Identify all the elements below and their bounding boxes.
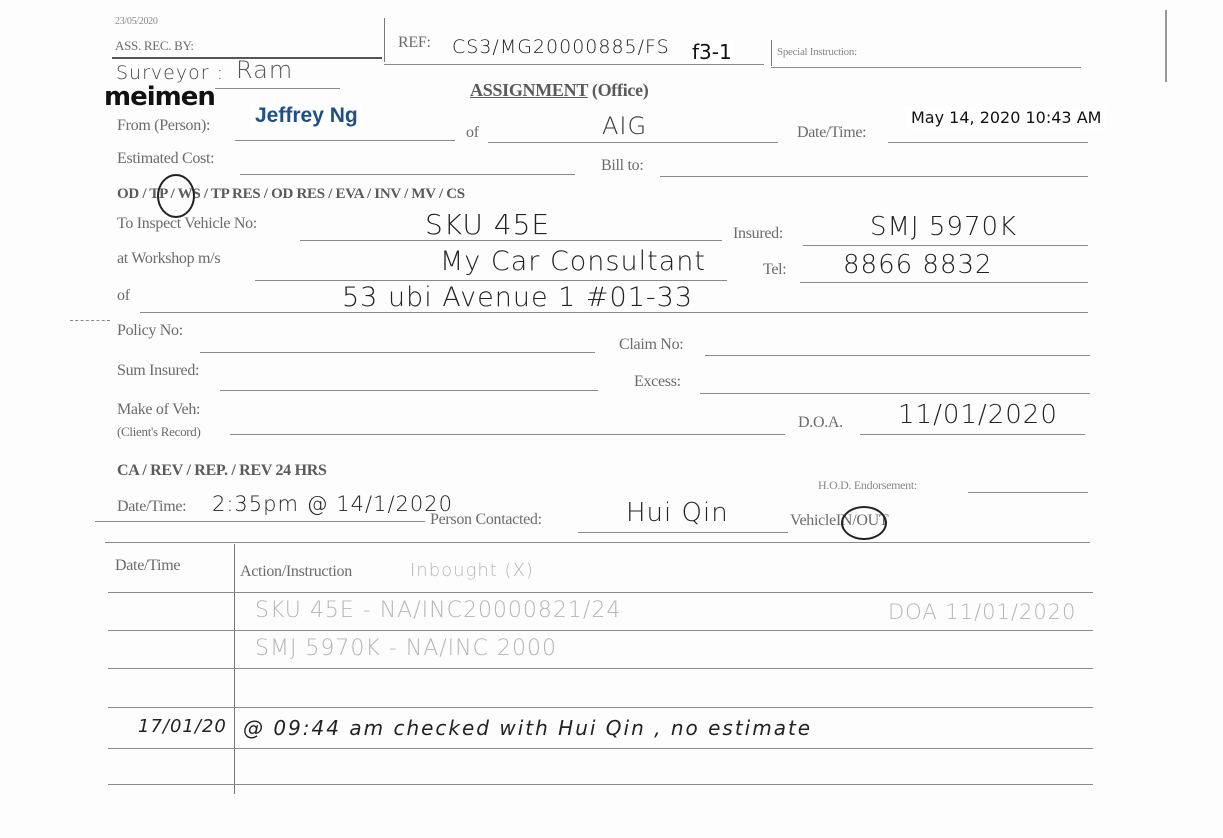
- workshop-label: at Workshop m/s: [117, 250, 220, 268]
- excess-label: Excess:: [634, 373, 681, 391]
- clients-record-label: (Client's Record): [117, 424, 201, 440]
- assignment-title-suffix: (Office): [592, 80, 649, 100]
- contact-date-time-value: 2:35pm @ 14/1/2020: [212, 492, 453, 516]
- ref-tag-overlay: f3-1: [690, 40, 734, 64]
- log-row-1-action: SKU 45E - NA/INC20000821/24: [255, 598, 621, 623]
- ca-rev-label: CA / REV / REP. / REV 24 HRS: [117, 462, 327, 480]
- tel-value: 8866 8832: [843, 250, 993, 280]
- person-contacted-value: Hui Qin: [626, 498, 729, 528]
- ass-rec-by-label: ASS. REC. BY:: [115, 38, 194, 54]
- bill-to-label: Bill to:: [601, 157, 644, 175]
- of-label: of: [466, 124, 479, 142]
- handwritten-name: meimen: [104, 82, 215, 112]
- doa-label: D.O.A.: [798, 414, 843, 432]
- form-title: ASSIGNMENT (Office): [470, 80, 648, 101]
- hod-endorsement-label: H.O.D. Endorsement:: [818, 478, 917, 493]
- assignment-title: ASSIGNMENT: [470, 80, 588, 100]
- estimated-cost-label: Estimated Cost:: [117, 150, 214, 168]
- log-row-4-date: 17/01/20: [138, 716, 227, 737]
- log-header-note: Inbought (X): [410, 560, 534, 581]
- sum-insured-label: Sum Insured:: [117, 362, 199, 380]
- person-contacted-label: Person Contacted:: [430, 511, 542, 529]
- inspect-vehicle-label: To Inspect Vehicle No:: [117, 215, 257, 233]
- workshop-value: My Car Consultant: [440, 246, 706, 277]
- ref-value: CS3/MG20000885/FS: [452, 36, 670, 58]
- inspect-vehicle-value: SKU 45E: [425, 208, 550, 241]
- date-time-label: Date/Time:: [797, 124, 866, 142]
- type-selected-circle: [157, 174, 195, 218]
- log-row-2-action: SMJ 5970K - NA/INC 2000: [255, 636, 557, 661]
- surveyor-label: Surveyor :: [116, 62, 224, 84]
- from-person-label: From (Person):: [117, 117, 210, 135]
- doa-value: 11/01/2020: [898, 400, 1058, 430]
- policy-no-label: Policy No:: [117, 322, 183, 340]
- address-label: of: [117, 287, 130, 305]
- make-of-veh-label: Make of Veh:: [117, 401, 200, 419]
- log-header-date: Date/Time: [115, 557, 180, 575]
- vehicle-label: Vehicle: [790, 512, 836, 529]
- address-value: 53 ubi Avenue 1 #01-33: [342, 282, 693, 313]
- log-header-action: Action/Instruction: [240, 563, 352, 581]
- insured-label: Insured:: [733, 225, 783, 243]
- log-row-1-note: DOA 11/01/2020: [888, 600, 1076, 624]
- tel-label: Tel:: [763, 261, 786, 279]
- of-value: AIG: [602, 112, 647, 140]
- surveyor-value: Ram: [236, 56, 293, 84]
- vehicle-selected-circle: [841, 506, 887, 540]
- form-code: 23/05/2020: [115, 16, 158, 27]
- insured-value: SMJ 5970K: [870, 212, 1017, 242]
- ref-label: REF:: [398, 34, 431, 52]
- date-time-overlay: May 14, 2020 10:43 AM: [905, 106, 1107, 129]
- contact-date-time-label: Date/Time:: [117, 498, 186, 516]
- from-person-overlay: Jeffrey Ng: [251, 104, 362, 128]
- special-instruction-label: Special Instruction:: [777, 46, 857, 58]
- claim-no-label: Claim No:: [619, 336, 683, 354]
- log-row-4-action: @ 09:44 am checked with Hui Qin , no est…: [243, 716, 812, 740]
